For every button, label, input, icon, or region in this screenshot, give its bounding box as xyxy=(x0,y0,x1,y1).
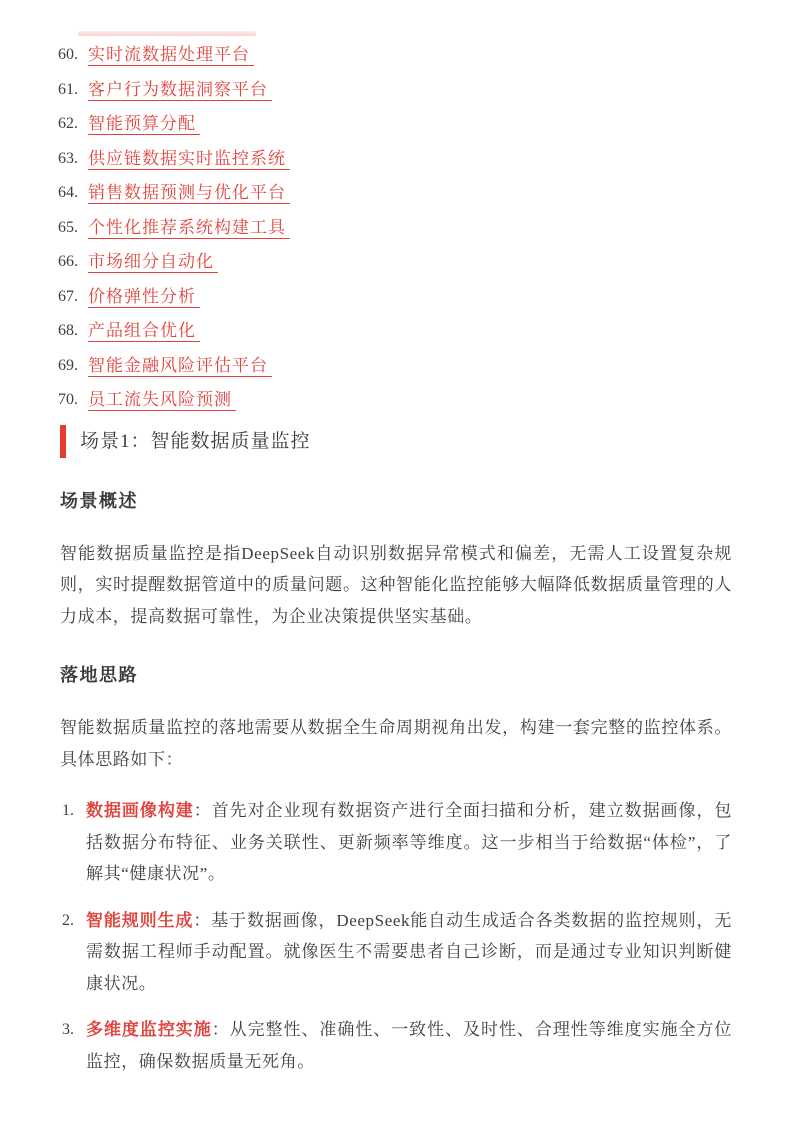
list-item: 60. 实时流数据处理平台 xyxy=(60,44,732,67)
list-item: 61. 客户行为数据洞察平台 xyxy=(60,79,732,102)
list-item: 70. 员工流失风险预测 xyxy=(60,389,732,412)
use-case-link[interactable]: 智能预算分配 xyxy=(88,114,200,135)
use-case-link[interactable]: 市场细分自动化 xyxy=(88,252,218,273)
use-case-link[interactable]: 价格弹性分析 xyxy=(88,287,200,308)
step-item: 2. 智能规则生成：基于数据画像，DeepSeek能自动生成适合各类数据的监控规… xyxy=(60,905,732,1000)
approach-intro-paragraph: 智能数据质量监控的落地需要从数据全生命周期视角出发，构建一套完整的监控体系。具体… xyxy=(60,712,732,775)
list-item: 63. 供应链数据实时监控系统 xyxy=(60,148,732,171)
overview-paragraph: 智能数据质量监控是指DeepSeek自动识别数据异常模式和偏差，无需人工设置复杂… xyxy=(60,538,732,633)
list-item: 68. 产品组合优化 xyxy=(60,320,732,343)
scene-heading: 场景1：智能数据质量监控 xyxy=(60,425,732,458)
list-number: 63. xyxy=(58,148,78,171)
use-case-link[interactable]: 个性化推荐系统构建工具 xyxy=(88,218,290,239)
step-item: 1. 数据画像构建：首先对企业现有数据资产进行全面扫描和分析，建立数据画像，包括… xyxy=(60,795,732,890)
use-case-link-list: 60. 实时流数据处理平台 61. 客户行为数据洞察平台 62. 智能预算分配 … xyxy=(60,44,732,412)
list-number: 67. xyxy=(58,286,78,309)
list-number: 70. xyxy=(58,389,78,412)
use-case-link[interactable]: 供应链数据实时监控系统 xyxy=(88,149,290,170)
cut-off-link-remnant xyxy=(78,31,256,36)
list-number: 66. xyxy=(58,251,78,274)
use-case-link[interactable]: 员工流失风险预测 xyxy=(88,390,236,411)
scene-title: 场景1：智能数据质量监控 xyxy=(80,425,311,458)
approach-heading: 落地思路 xyxy=(60,663,732,687)
list-item: 65. 个性化推荐系统构建工具 xyxy=(60,217,732,240)
use-case-link[interactable]: 实时流数据处理平台 xyxy=(88,45,254,66)
approach-steps-list: 1. 数据画像构建：首先对企业现有数据资产进行全面扫描和分析，建立数据画像，包括… xyxy=(60,795,732,1077)
list-item: 62. 智能预算分配 xyxy=(60,113,732,136)
use-case-link[interactable]: 销售数据预测与优化平台 xyxy=(88,183,290,204)
step-number: 2. xyxy=(62,905,74,937)
list-number: 64. xyxy=(58,182,78,205)
document-page: 60. 实时流数据处理平台 61. 客户行为数据洞察平台 62. 智能预算分配 … xyxy=(0,0,793,1122)
step-lead: 数据画像构建 xyxy=(86,801,194,820)
step-lead: 智能规则生成 xyxy=(86,911,193,930)
step-number: 3. xyxy=(62,1014,74,1046)
step-number: 1. xyxy=(62,795,74,827)
list-number: 61. xyxy=(58,79,78,102)
list-number: 60. xyxy=(58,44,78,67)
document-content: 60. 实时流数据处理平台 61. 客户行为数据洞察平台 62. 智能预算分配 … xyxy=(60,44,732,1092)
list-number: 68. xyxy=(58,320,78,343)
overview-heading: 场景概述 xyxy=(60,489,732,513)
use-case-link[interactable]: 客户行为数据洞察平台 xyxy=(88,80,272,101)
list-number: 69. xyxy=(58,355,78,378)
list-item: 67. 价格弹性分析 xyxy=(60,286,732,309)
red-accent-bar xyxy=(60,425,66,458)
step-lead: 多维度监控实施 xyxy=(86,1020,212,1039)
list-item: 66. 市场细分自动化 xyxy=(60,251,732,274)
list-number: 62. xyxy=(58,113,78,136)
step-item: 3. 多维度监控实施：从完整性、准确性、一致性、及时性、合理性等维度实施全方位监… xyxy=(60,1014,732,1077)
use-case-link[interactable]: 产品组合优化 xyxy=(88,321,200,342)
list-item: 64. 销售数据预测与优化平台 xyxy=(60,182,732,205)
list-item: 69. 智能金融风险评估平台 xyxy=(60,355,732,378)
use-case-link[interactable]: 智能金融风险评估平台 xyxy=(88,356,272,377)
list-number: 65. xyxy=(58,217,78,240)
